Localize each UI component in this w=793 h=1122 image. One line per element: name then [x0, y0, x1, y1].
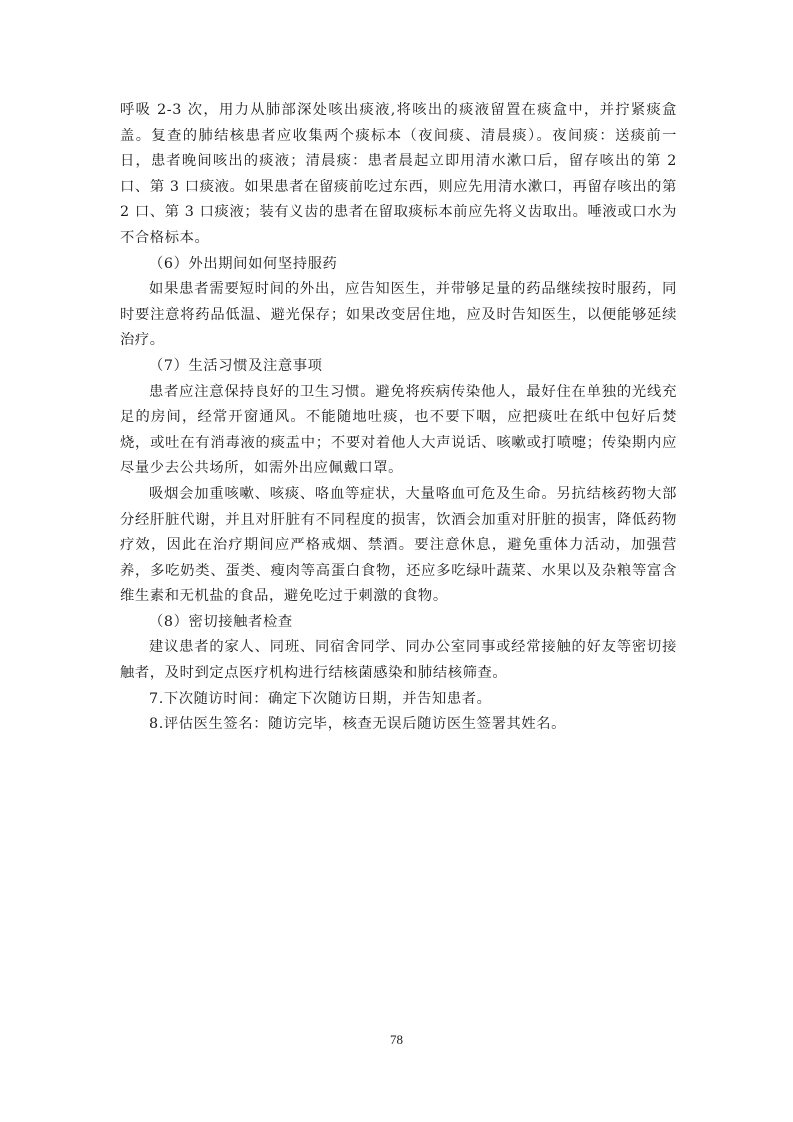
section-heading-7: （7）生活习惯及注意事项: [120, 354, 677, 380]
paragraph-hygiene: 患者应注意保持良好的卫生习惯。避免将疾病传染他人，最好住在单独的光线充足的房间，…: [120, 380, 677, 482]
paragraph-close-contacts: 建议患者的家人、同班、同宿舍同学、同办公室同事或经常接触的好友等密切接触者，及时…: [120, 635, 677, 686]
paragraph-medication-travel: 如果患者需要短时间的外出，应告知医生，并带够足量的药品继续按时服药，同时要注意将…: [120, 277, 677, 354]
page-number: 78: [0, 1032, 793, 1048]
item-doctor-signature: 8.评估医生签名：随访完毕，核查无误后随访医生签署其姓名。: [120, 712, 677, 738]
paragraph-smoking-alcohol: 吸烟会加重咳嗽、咳痰、咯血等症状，大量咯血可危及生命。另抗结核药物大部分经肝脏代…: [120, 482, 677, 610]
paragraph-sputum-collection: 呼吸 2-3 次，用力从肺部深处咳出痰液,将咳出的痰液留置在痰盒中，并拧紧痰盒盖…: [120, 98, 677, 252]
section-heading-8: （8）密切接触者检查: [120, 610, 677, 636]
section-heading-6: （6）外出期间如何坚持服药: [120, 252, 677, 278]
item-next-followup: 7.下次随访时间：确定下次随访日期，并告知患者。: [120, 687, 677, 713]
document-page-body: 呼吸 2-3 次，用力从肺部深处咳出痰液,将咳出的痰液留置在痰盒中，并拧紧痰盒盖…: [120, 98, 677, 738]
